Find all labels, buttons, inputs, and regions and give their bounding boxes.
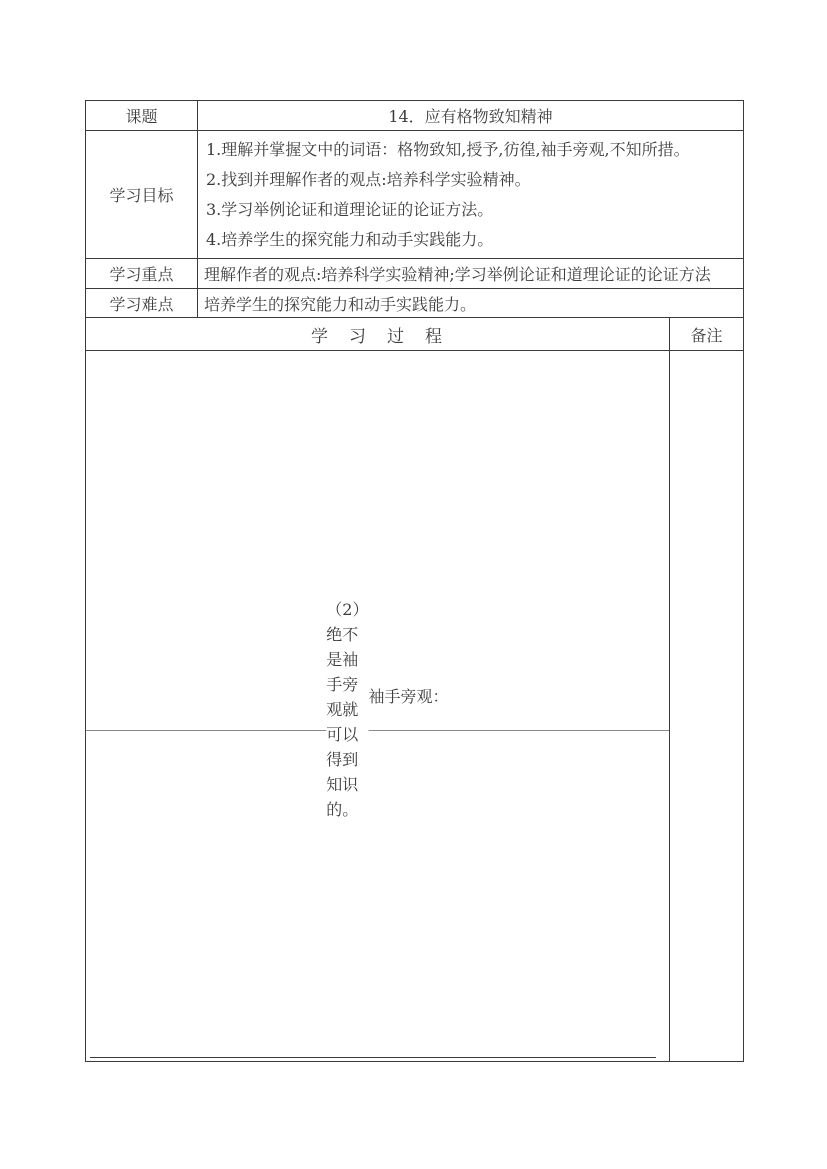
goal-item-2: 2.找到并理解作者的观点:培养科学实验精神。 [206, 165, 743, 195]
process-header: 学 习 过 程 [311, 322, 444, 347]
goal-item-3: 3.学习举例论证和道理论证的论证方法。 [206, 195, 743, 225]
goal-item-1: 1.理解并掌握文中的词语：格物致知,授予,彷徨,袖手旁观,不知所措。 [206, 135, 743, 165]
process-header-row: 学 习 过 程 备注 [86, 317, 743, 350]
blank-answer-line [90, 1057, 656, 1058]
difficulty-row: 学习难点 培养学生的探究能力和动手实践能力。 [86, 288, 743, 317]
q3-sentence-2: （2）绝不是袖手旁观就可以得到知识的。 [326, 597, 368, 822]
document-page: 课题 14．应有格物致知精神 学习目标 1.理解并掌握文中的词语：格物致知,授予… [0, 0, 827, 1169]
topic-label: 课题 [86, 101, 198, 130]
goals-row: 学习目标 1.理解并掌握文中的词语：格物致知,授予,彷徨,袖手旁观,不知所措。 … [86, 130, 743, 258]
process-content-cell: 布置预习 1．本文作者________是美籍华裔________家， _____… [86, 351, 670, 1061]
goals-label: 学习目标 [86, 131, 198, 258]
process-body-row: 布置预习 1．本文作者________是美籍华裔________家， _____… [86, 350, 743, 1061]
topic-title: 14．应有格物致知精神 [198, 101, 743, 130]
notes-cell-empty [670, 351, 743, 1061]
topic-row: 课题 14．应有格物致知精神 [86, 101, 743, 130]
goal-item-4: 4.培养学生的探究能力和动手实践能力。 [206, 225, 743, 255]
focus-content: 理解作者的观点:培养科学实验精神;学习举例论证和道理论证的论证方法 [198, 259, 743, 288]
notes-header: 备注 [670, 318, 743, 350]
focus-row: 学习重点 理解作者的观点:培养科学实验精神;学习举例论证和道理论证的论证方法 [86, 258, 743, 288]
blank-zhizhi: 致知：_____________________________________… [86, 684, 326, 734]
focus-label: 学习重点 [86, 259, 198, 288]
blank-xiushoupangguan: 袖手旁观：___________________________________… [368, 684, 670, 734]
lesson-plan-table: 课题 14．应有格物致知精神 学习目标 1.理解并掌握文中的词语：格物致知,授予… [85, 100, 744, 1062]
goals-list: 1.理解并掌握文中的词语：格物致知,授予,彷徨,袖手旁观,不知所措。 2.找到并… [198, 131, 743, 258]
difficulty-content: 培养学生的探究能力和动手实践能力。 [198, 289, 743, 317]
difficulty-label: 学习难点 [86, 289, 198, 317]
